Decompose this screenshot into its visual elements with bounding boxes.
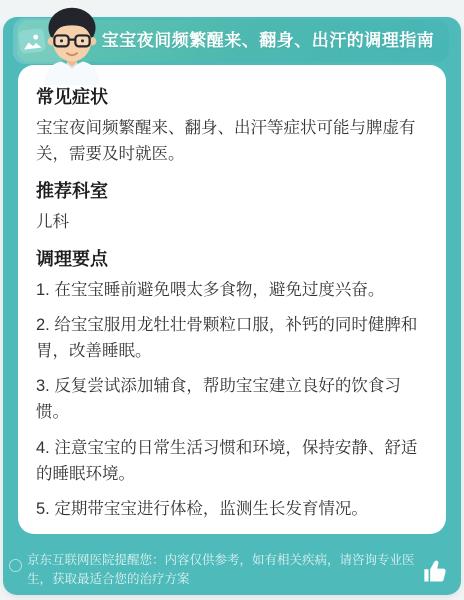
tips-heading: 调理要点 xyxy=(36,245,428,271)
tip-item-5: 5. 定期带宝宝进行体检，监测生长发育情况。 xyxy=(36,496,428,522)
disclaimer-text: 京东互联网医院提醒您：内容仅供参考，如有相关疾病，请咨询专业医生，获取最适合您的… xyxy=(27,551,417,590)
symptoms-body: 宝宝夜间频繁醒来、翻身、出汗等症状可能与脾虚有关，需要及时就医。 xyxy=(36,115,428,167)
tip-item-3: 3. 反复尝试添加辅食，帮助宝宝建立良好的饮食习惯。 xyxy=(36,373,428,425)
tip-item-2: 2. 给宝宝服用龙牡壮骨颗粒口服，补钙的同时健脾和胃，改善睡眠。 xyxy=(36,312,428,364)
department-body: 儿科 xyxy=(36,209,428,235)
thumbs-up-button[interactable] xyxy=(421,557,451,587)
header-bar: 宝宝夜间频繁醒来、翻身、出汗的调理指南 xyxy=(17,20,449,62)
tip-item-1: 1. 在宝宝睡前避免喂太多食物，避免过度兴奋。 xyxy=(36,277,428,303)
footer-disclaimer-bar: 京东互联网医院提醒您：内容仅供参考，如有相关疾病，请咨询专业医生，获取最适合您的… xyxy=(3,543,461,595)
symptoms-heading: 常见症状 xyxy=(36,83,428,109)
picture-icon xyxy=(16,26,49,57)
info-circle-icon xyxy=(9,559,22,572)
page-title: 宝宝夜间频繁醒来、翻身、出汗的调理指南 xyxy=(93,20,443,62)
department-heading: 推荐科室 xyxy=(36,177,428,203)
tip-item-4: 4. 注意宝宝的日常生活习惯和环境，保持安静、舒适的睡眠环境。 xyxy=(36,435,428,487)
advice-panel: 宝宝夜间频繁醒来、翻身、出汗的调理指南 常见症状 宝宝夜间频繁醒来、翻身、出汗等… xyxy=(3,17,461,595)
thumbs-up-icon xyxy=(422,573,450,588)
advice-card: 常见症状 宝宝夜间频繁醒来、翻身、出汗等症状可能与脾虚有关，需要及时就医。 推荐… xyxy=(18,65,446,534)
